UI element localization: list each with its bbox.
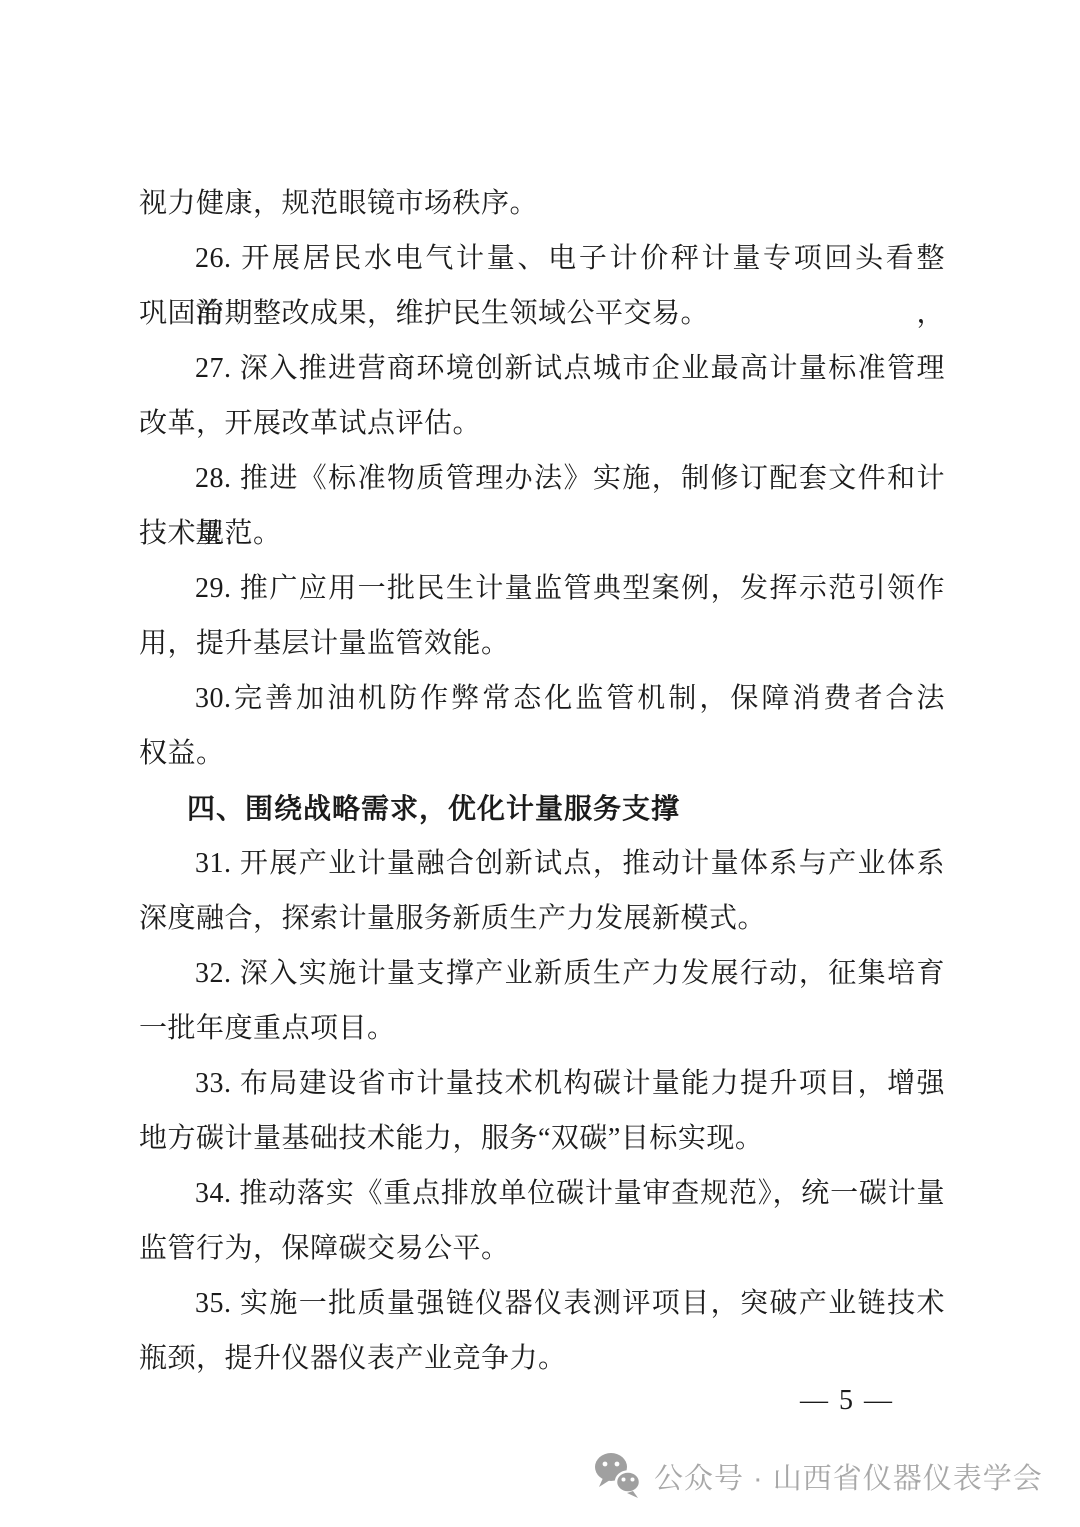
doc-line: 监管行为，保障碳交易公平。 bbox=[139, 1221, 945, 1276]
doc-line: 用，提升基层计量监管效能。 bbox=[139, 616, 945, 671]
doc-line: 技术规范。 bbox=[139, 506, 945, 561]
doc-line: 深度融合，探索计量服务新质生产力发展新模式。 bbox=[139, 891, 945, 946]
doc-line: 一批年度重点项目。 bbox=[139, 1001, 945, 1056]
doc-line-item-26: 26. 开展居民水电气计量、电子计价秤计量专项回头看整治， bbox=[139, 231, 945, 286]
section-heading-4: 四、围绕战略需求，优化计量服务支撑 bbox=[139, 781, 945, 836]
wechat-icon bbox=[592, 1450, 644, 1502]
doc-line-item-34: 34. 推动落实《重点排放单位碳计量审查规范》，统一碳计量 bbox=[139, 1166, 945, 1221]
doc-line-item-31: 31. 开展产业计量融合创新试点，推动计量体系与产业体系 bbox=[139, 836, 945, 891]
doc-line: 权益。 bbox=[139, 726, 945, 781]
doc-line-item-32: 32. 深入实施计量支撑产业新质生产力发展行动，征集培育 bbox=[139, 946, 945, 1001]
watermark-text: 公众号 · 山西省仪器仪表学会 bbox=[654, 1456, 1043, 1497]
document-page: 视力健康，规范眼镜市场秩序。 26. 开展居民水电气计量、电子计价秤计量专项回头… bbox=[0, 0, 1080, 1527]
doc-line-item-27: 27. 深入推进营商环境创新试点城市企业最高计量标准管理 bbox=[139, 341, 945, 396]
doc-line: 视力健康，规范眼镜市场秩序。 bbox=[139, 176, 945, 231]
doc-line-item-33: 33. 布局建设省市计量技术机构碳计量能力提升项目，增强 bbox=[139, 1056, 945, 1111]
doc-line-item-30: 30.完善加油机防作弊常态化监管机制，保障消费者合法 bbox=[139, 671, 945, 726]
doc-line-item-29: 29. 推广应用一批民生计量监管典型案例，发挥示范引领作 bbox=[139, 561, 945, 616]
watermark-footer: 公众号 · 山西省仪器仪表学会 bbox=[592, 1450, 1043, 1502]
document-body: 视力健康，规范眼镜市场秩序。 26. 开展居民水电气计量、电子计价秤计量专项回头… bbox=[139, 176, 945, 1386]
doc-line: 改革，开展改革试点评估。 bbox=[139, 396, 945, 451]
doc-line-item-35: 35. 实施一批质量强链仪器仪表测评项目，突破产业链技术 bbox=[139, 1276, 945, 1331]
page-number: — 5 — bbox=[800, 1381, 894, 1421]
doc-line: 地方碳计量基础技术能力，服务“双碳”目标实现。 bbox=[139, 1111, 945, 1166]
doc-line-item-28: 28. 推进《标准物质管理办法》实施，制修订配套文件和计量 bbox=[139, 451, 945, 506]
doc-line: 瓶颈，提升仪器仪表产业竞争力。 bbox=[139, 1331, 945, 1386]
